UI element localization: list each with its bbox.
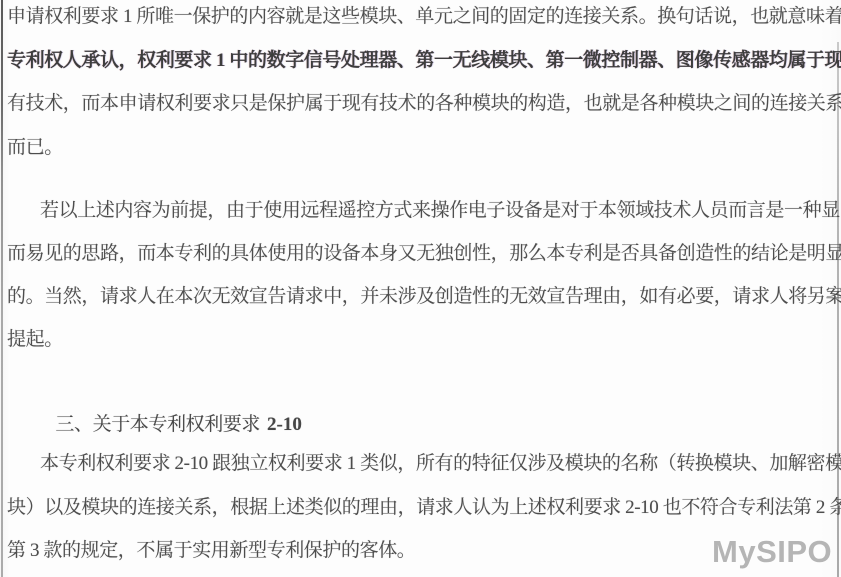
paragraph1-line4: 而已。 — [7, 136, 63, 160]
paragraph2-line4: 提起。 — [7, 328, 63, 352]
page-left-edge-line — [1, 0, 3, 577]
section-heading-claim-range: 2-10 — [267, 414, 302, 435]
scanned-document-page: 申请权利要求 1 所唯一保护的内容就是这些模块、单元之间的固定的连接关系。换句话… — [0, 0, 841, 577]
paragraph2-line2: 而易见的思路，而本专利的具体使用的设备本身又无独创性，那么本专利是否具备创造性的… — [7, 242, 841, 266]
mysipo-watermark: MySIPO — [712, 534, 832, 570]
paragraph3-line1: 本专利权利要求 2-10 跟独立权利要求 1 类似，所有的特征仅涉及模块的名称（… — [40, 452, 841, 476]
section-heading-text: 三、关于本专利权利要求 — [55, 414, 260, 435]
paragraph2-line1: 若以上述内容为前提，由于使用远程遥控方式来操作电子设备是对于本领域技术人员而言是… — [40, 199, 840, 223]
paragraph1-line2-emphasized: 专利权人承认，权利要求 1 中的数字信号处理器、第一无线模块、第一微控制器、图像… — [7, 49, 841, 73]
paragraph1-line1: 申请权利要求 1 所唯一保护的内容就是这些模块、单元之间的固定的连接关系。换句话… — [7, 5, 841, 29]
paragraph3-line3: 第 3 款的规定，不属于实用新型专利保护的客体。 — [7, 539, 415, 563]
paragraph2-line3: 的。当然，请求人在本次无效宣告请求中，并未涉及创造性的无效宣告理由，如有必要，请… — [7, 285, 841, 309]
section-heading: 三、关于本专利权利要求2-10 — [38, 389, 302, 461]
paragraph1-line3: 有技术，而本申请权利要求只是保护属于现有技术的各种模块的构造，也就是各种模块之间… — [7, 92, 841, 116]
paragraph3-line2: 块）以及模块的连接关系，根据上述类似的理由，请求人认为上述权利要求 2-10 也… — [7, 496, 841, 520]
